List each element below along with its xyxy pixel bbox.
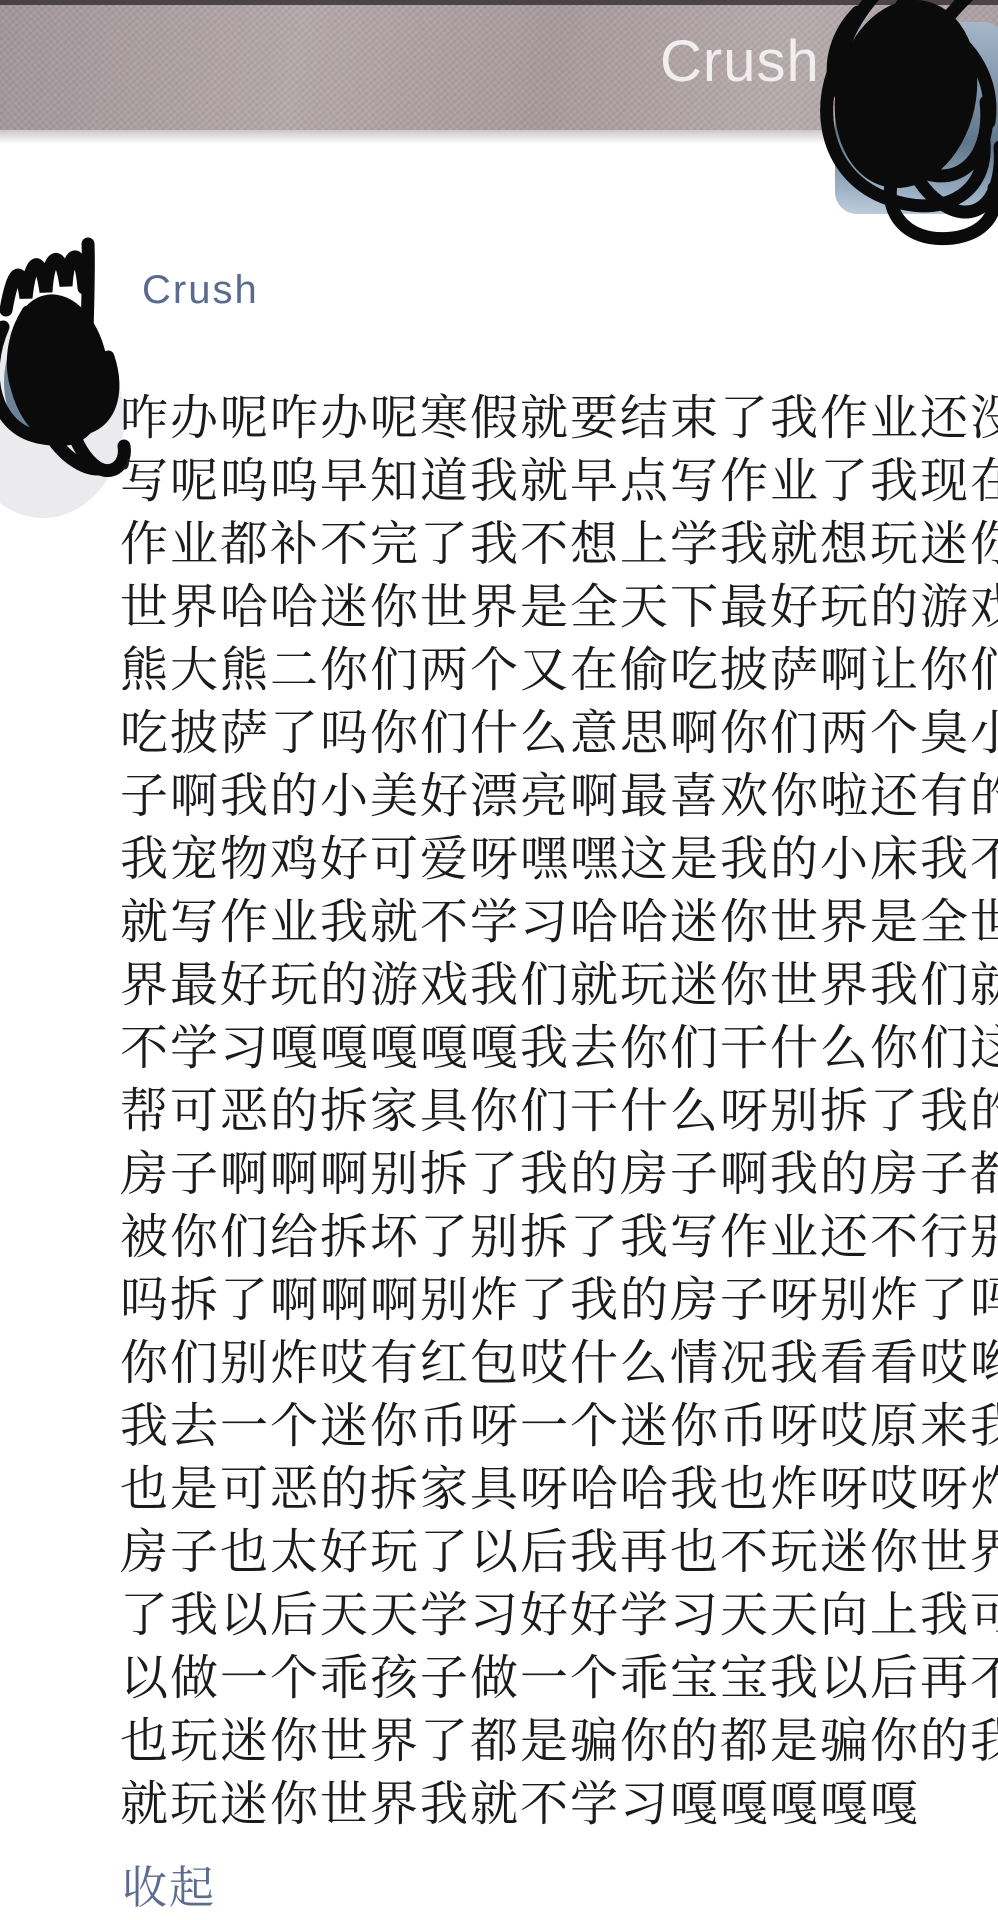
comment-text-line: 熊大熊二你们两个又在偷吃披萨啊让你们 [120,639,998,702]
comment-text-line: 就玩迷你世界我就不学习嘎嘎嘎嘎嘎 [120,1773,998,1836]
screenshot-root: Crush Crush 咋办呢咋办呢寒假就要结束了我作业还没写呢呜呜早知道我就早… [0,0,998,1920]
comment-text-line: 咋办呢咋办呢寒假就要结束了我作业还没 [120,387,998,450]
comment-text-line: 了我以后天天学习好好学习天天向上我可 [120,1584,998,1647]
thumbnail-image[interactable] [835,22,998,214]
comment-text: 咋办呢咋办呢寒假就要结束了我作业还没写呢呜呜早知道我就早点写作业了我现在作业都补… [120,387,998,1836]
comment-text-line: 作业都补不完了我不想上学我就想玩迷你 [120,513,998,576]
comment-text-line: 也是可恶的拆家具呀哈哈我也炸呀哎呀炸 [120,1458,998,1521]
username[interactable]: Crush [142,268,259,313]
video-title: Crush [660,28,820,95]
comment-text-line: 房子也太好玩了以后我再也不玩迷你世界 [120,1521,998,1584]
collapse-link[interactable]: 收起 [122,1851,216,1916]
comment-text-line: 不学习嘎嘎嘎嘎嘎我去你们干什么你们这 [120,1017,998,1080]
comment-text-line: 也玩迷你世界了都是骗你的都是骗你的我 [120,1710,998,1773]
comment-text-line: 我去一个迷你币呀一个迷你币呀哎原来我 [120,1395,998,1458]
comment-text-line: 你们别炸哎有红包哎什么情况我看看哎哟 [120,1332,998,1395]
comment-text-line: 子啊我的小美好漂亮啊最喜欢你啦还有的 [120,765,998,828]
comment-text-line: 被你们给拆坏了别拆了我写作业还不行别 [120,1206,998,1269]
comment-text-line: 界最好玩的游戏我们就玩迷你世界我们就 [120,954,998,1017]
comment-text-line: 房子啊啊啊别拆了我的房子啊我的房子都 [120,1143,998,1206]
comment-text-line: 写呢呜呜早知道我就早点写作业了我现在 [120,450,998,513]
comment-text-line: 以做一个乖孩子做一个乖宝宝我以后再不 [120,1647,998,1710]
comment-text-line: 吗拆了啊啊啊别炸了我的房子呀别炸了吗 [120,1269,998,1332]
comment-text-line: 吃披萨了吗你们什么意思啊你们两个臭小 [120,702,998,765]
comment-text-line: 我宠物鸡好可爱呀嘿嘿这是我的小床我不 [120,828,998,891]
comment-text-line: 帮可恶的拆家具你们干什么呀别拆了我的 [120,1080,998,1143]
avatar[interactable] [0,322,124,518]
comment-text-line: 就写作业我就不学习哈哈迷你世界是全世 [120,891,998,954]
comment-text-line: 世界哈哈迷你世界是全天下最好玩的游戏 [120,576,998,639]
